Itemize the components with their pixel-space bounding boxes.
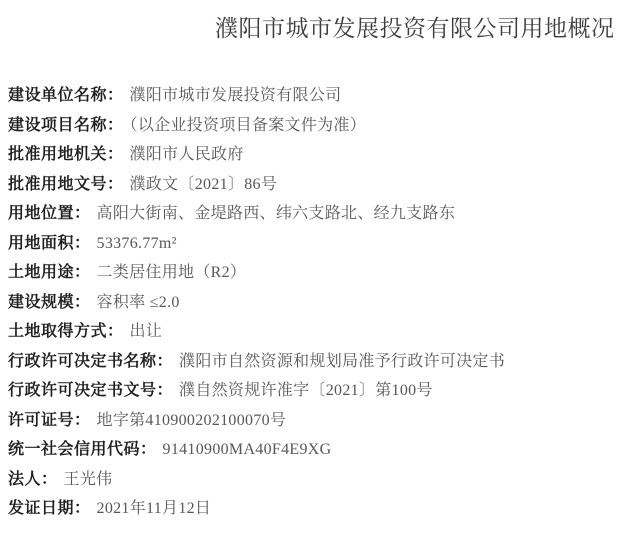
field-row: 法人：王光伟 bbox=[8, 465, 640, 495]
field-label: 土地取得方式： bbox=[8, 323, 124, 340]
field-value: 2021年11月12日 bbox=[97, 500, 212, 517]
field-row: 批准用地机关：濮阳市人民政府 bbox=[8, 140, 640, 170]
fields-list: 建设单位名称：濮阳市城市发展投资有限公司 建设项目名称：（以企业投资项目备案文件… bbox=[0, 81, 640, 524]
field-row: 建设项目名称：（以企业投资项目备案文件为准） bbox=[8, 111, 640, 141]
field-label: 批准用地文号： bbox=[8, 176, 124, 193]
field-row: 统一社会信用代码：91410900MA40F4E9XG bbox=[8, 435, 640, 465]
field-label: 用地位置： bbox=[8, 205, 91, 222]
field-row: 建设单位名称：濮阳市城市发展投资有限公司 bbox=[8, 81, 640, 111]
field-label: 用地面积： bbox=[8, 235, 91, 252]
field-label: 建设规模： bbox=[8, 294, 91, 311]
field-row: 行政许可决定书文号：濮自然资规许准字〔2021〕第100号 bbox=[8, 376, 640, 406]
field-value: 王光伟 bbox=[64, 471, 113, 488]
field-row: 用地位置：高阳大街南、金堤路西、纬六支路北、经九支路东 bbox=[8, 199, 640, 229]
field-label: 建设项目名称： bbox=[8, 117, 124, 134]
field-row: 土地取得方式：出让 bbox=[8, 317, 640, 347]
land-use-overview-document: 濮阳市城市发展投资有限公司用地概况 建设单位名称：濮阳市城市发展投资有限公司 建… bbox=[0, 0, 640, 534]
field-label: 建设单位名称： bbox=[8, 87, 124, 104]
field-value: 91410900MA40F4E9XG bbox=[163, 441, 332, 458]
field-row: 许可证号：地字第410900202100070号 bbox=[8, 406, 640, 436]
field-row: 建设规模：容积率 ≤2.0 bbox=[8, 288, 640, 318]
field-row: 用地面积：53376.77m² bbox=[8, 229, 640, 259]
field-row: 批准用地文号：濮政文〔2021〕86号 bbox=[8, 170, 640, 200]
field-label: 行政许可决定书文号： bbox=[8, 382, 173, 399]
field-value: 高阳大街南、金堤路西、纬六支路北、经九支路东 bbox=[97, 205, 456, 222]
field-label: 行政许可决定书名称： bbox=[8, 353, 173, 370]
field-row: 行政许可决定书名称：濮阳市自然资源和规划局准予行政许可决定书 bbox=[8, 347, 640, 377]
field-value: 濮阳市自然资源和规划局准予行政许可决定书 bbox=[179, 353, 505, 370]
field-label: 发证日期： bbox=[8, 500, 91, 517]
field-value: 53376.77m² bbox=[97, 235, 177, 252]
field-row: 土地用途：二类居住用地（R2） bbox=[8, 258, 640, 288]
field-value: 濮阳市城市发展投资有限公司 bbox=[130, 87, 342, 104]
field-value: （以企业投资项目备案文件为准） bbox=[130, 117, 367, 134]
field-value: 容积率 ≤2.0 bbox=[97, 294, 180, 311]
field-value: 二类居住用地（R2） bbox=[97, 264, 247, 281]
field-value: 濮自然资规许准字〔2021〕第100号 bbox=[179, 382, 433, 399]
field-label: 批准用地机关： bbox=[8, 146, 124, 163]
field-label: 土地用途： bbox=[8, 264, 91, 281]
field-label: 许可证号： bbox=[8, 412, 91, 429]
field-value: 出让 bbox=[130, 323, 163, 340]
field-label: 统一社会信用代码： bbox=[8, 441, 157, 458]
field-value: 濮阳市人民政府 bbox=[130, 146, 244, 163]
field-value: 濮政文〔2021〕86号 bbox=[130, 176, 278, 193]
field-value: 地字第410900202100070号 bbox=[97, 412, 287, 429]
field-label: 法人： bbox=[8, 471, 58, 488]
page-title: 濮阳市城市发展投资有限公司用地概况 bbox=[0, 0, 640, 43]
field-row: 发证日期：2021年11月12日 bbox=[8, 494, 640, 524]
